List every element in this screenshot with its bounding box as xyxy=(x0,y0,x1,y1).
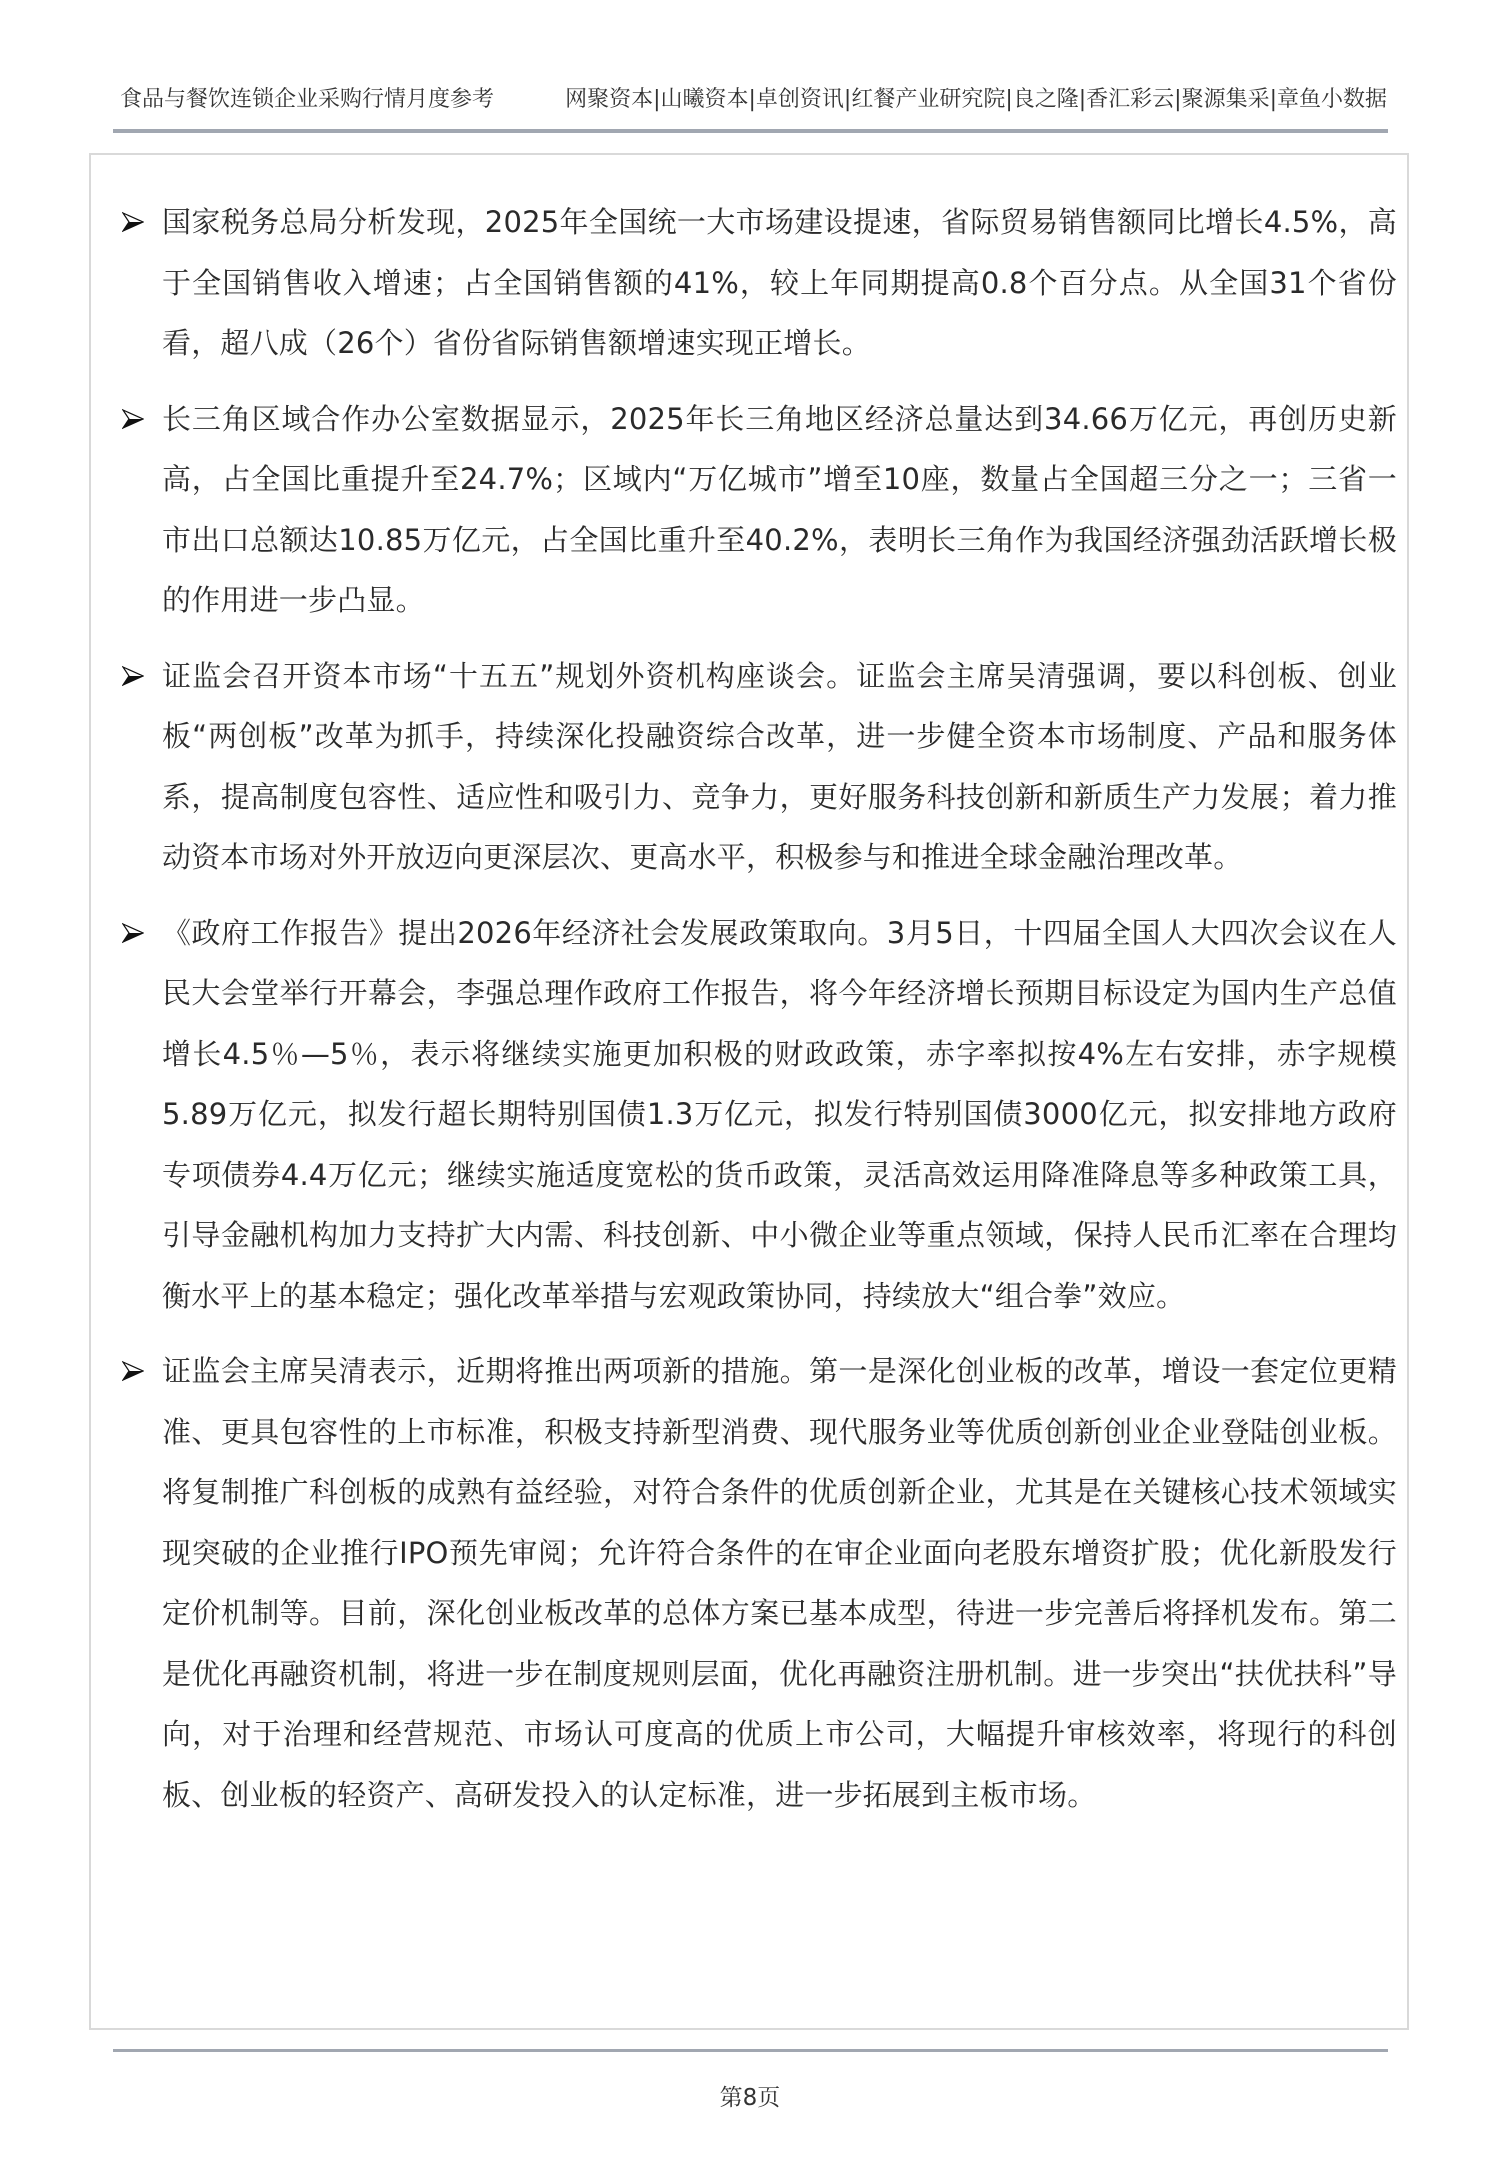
document-header-sources: 网聚资本|山曦资本|卓创资讯|红餐产业研究院|良之隆|香汇彩云|聚源集采|章鱼小… xyxy=(565,86,1387,114)
list-item: 证监会召开资本市场“十五五”规划外资机构座谈会。证监会主席吴清强调，要以科创板、… xyxy=(122,646,1397,888)
list-item: 《政府工作报告》提出2026年经济社会发展政策取向。3月5日，十四届全国人大四次… xyxy=(122,903,1397,1327)
list-item: 证监会主席吴清表示，近期将推出两项新的措施。第一是深化创业板的改革，增设一套定位… xyxy=(122,1341,1397,1825)
arrowhead-bullet-icon xyxy=(122,211,144,233)
document-header-title: 食品与餐饮连锁企业采购行情月度参考 xyxy=(120,86,494,114)
page-number: 第8页 xyxy=(0,2084,1500,2112)
arrowhead-bullet-icon xyxy=(122,922,144,944)
list-item: 国家税务总局分析发现，2025年全国统一大市场建设提速，省际贸易销售额同比增长4… xyxy=(122,192,1397,374)
header-divider xyxy=(113,129,1388,133)
list-item-text: 证监会主席吴清表示，近期将推出两项新的措施。第一是深化创业板的改革，增设一套定位… xyxy=(162,1354,1397,1812)
list-item: 长三角区域合作办公室数据显示，2025年长三角地区经济总量达到34.66万亿元，… xyxy=(122,389,1397,631)
list-item-text: 《政府工作报告》提出2026年经济社会发展政策取向。3月5日，十四届全国人大四次… xyxy=(162,916,1397,1313)
list-item-text: 国家税务总局分析发现，2025年全国统一大市场建设提速，省际贸易销售额同比增长4… xyxy=(162,205,1397,360)
arrowhead-bullet-icon xyxy=(122,408,144,430)
footer-divider xyxy=(113,2049,1388,2052)
list-item-text: 长三角区域合作办公室数据显示，2025年长三角地区经济总量达到34.66万亿元，… xyxy=(162,402,1397,618)
list-item-text: 证监会召开资本市场“十五五”规划外资机构座谈会。证监会主席吴清强调，要以科创板、… xyxy=(162,659,1397,875)
bullet-list: 国家税务总局分析发现，2025年全国统一大市场建设提速，省际贸易销售额同比增长4… xyxy=(122,192,1397,1840)
arrowhead-bullet-icon xyxy=(122,665,144,687)
arrowhead-bullet-icon xyxy=(122,1360,144,1382)
